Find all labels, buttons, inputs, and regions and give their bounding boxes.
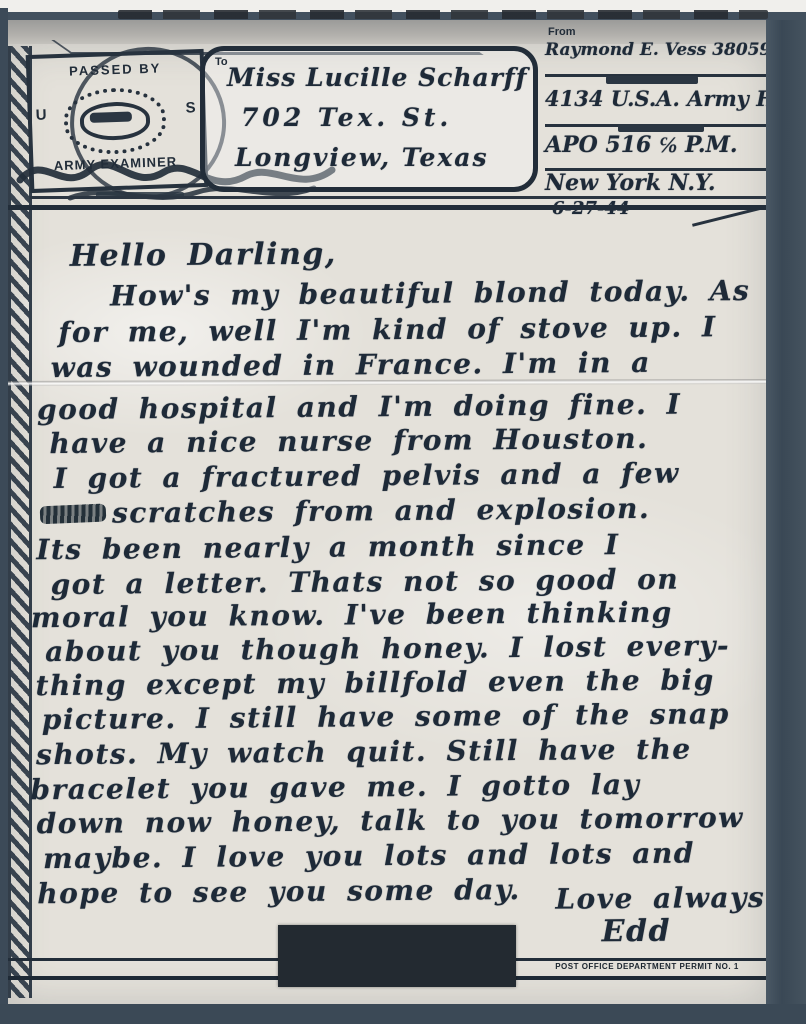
letter-line: have a nice nurse from Houston. bbox=[49, 422, 648, 460]
post-office-permit-text: POST OFFICE DEPARTMENT PERMIT NO. 1 bbox=[530, 962, 764, 971]
black-redaction-block bbox=[278, 925, 516, 987]
letter-signature: Edd bbox=[602, 914, 672, 950]
vmail-letter-scan: PASSED BY U S ARMY EXAMINER To Miss Luci… bbox=[0, 0, 806, 1024]
scan-right-edge bbox=[766, 20, 806, 1024]
letter-body: Hello Darling, How's my beautiful blond … bbox=[0, 0, 806, 1024]
letter-line: got a letter. Thats not so good on bbox=[50, 563, 679, 601]
letter-line: I got a fractured pelvis and a few bbox=[54, 457, 680, 495]
letter-line: hope to see you some day. bbox=[37, 873, 521, 910]
scan-bottom-edge bbox=[0, 1004, 806, 1024]
letter-line: Its been nearly a month since I bbox=[36, 528, 619, 566]
letter-line: scratches from and explosion. bbox=[112, 492, 650, 530]
letter-line: Hello Darling, bbox=[70, 237, 337, 274]
letter-line: moral you know. I've been thinking bbox=[31, 596, 673, 635]
letter-line: for me, well I'm kind of stove up. I bbox=[58, 310, 716, 349]
letter-line: about you though honey. I lost every- bbox=[45, 629, 730, 668]
letter-line: How's my beautiful blond today. As bbox=[110, 274, 750, 313]
letter-line: down now honey, talk to you tomorrow bbox=[37, 801, 744, 840]
letter-line: good hospital and I'm doing fine. I bbox=[37, 388, 681, 427]
letter-line: maybe. I love you lots and lots and bbox=[43, 836, 695, 875]
scribbled-out-word bbox=[40, 503, 107, 524]
letter-line: shots. My watch quit. Still have the bbox=[36, 732, 692, 771]
scan-left-edge bbox=[0, 8, 8, 1024]
letter-line: was wounded in France. I'm in a bbox=[51, 346, 651, 384]
letter-line: bracelet you gave me. I gotto lay bbox=[30, 768, 640, 806]
letter-line: picture. I still have some of the snap bbox=[42, 697, 730, 736]
letter-line: thing except my billfold even the big bbox=[35, 663, 714, 702]
letter-closing: Love always bbox=[555, 881, 765, 916]
